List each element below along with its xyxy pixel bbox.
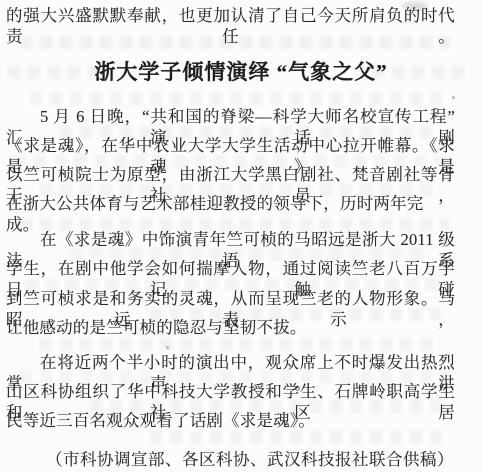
bleed-through-ghost	[30, 92, 450, 105]
bleed-through-ghost	[40, 338, 440, 351]
body-line: 民等近三百名观众观看了话剧《求是魂》。	[6, 410, 455, 431]
previous-article-last-line: 的强大兴盛默默奉献，也更加认清了自己今天所肩负的时代责任。	[6, 5, 455, 47]
body-line: 让他感动的是竺可桢的隐忍与坚韧不拔。	[6, 317, 455, 338]
scanned-document-page: 的强大兴盛默默奉献，也更加认清了自己今天所肩负的时代责任。 浙大学子倾情演绎 “…	[0, 0, 482, 472]
bleed-through-ghost	[150, 430, 450, 443]
scan-speck	[452, 96, 455, 99]
scan-speck	[166, 346, 169, 349]
article-title: 浙大学子倾情演绎 “气象之父”	[0, 56, 482, 86]
credit-line: （市科协调宣部、各区科协、武汉科技报社联合供稿）	[46, 446, 454, 470]
